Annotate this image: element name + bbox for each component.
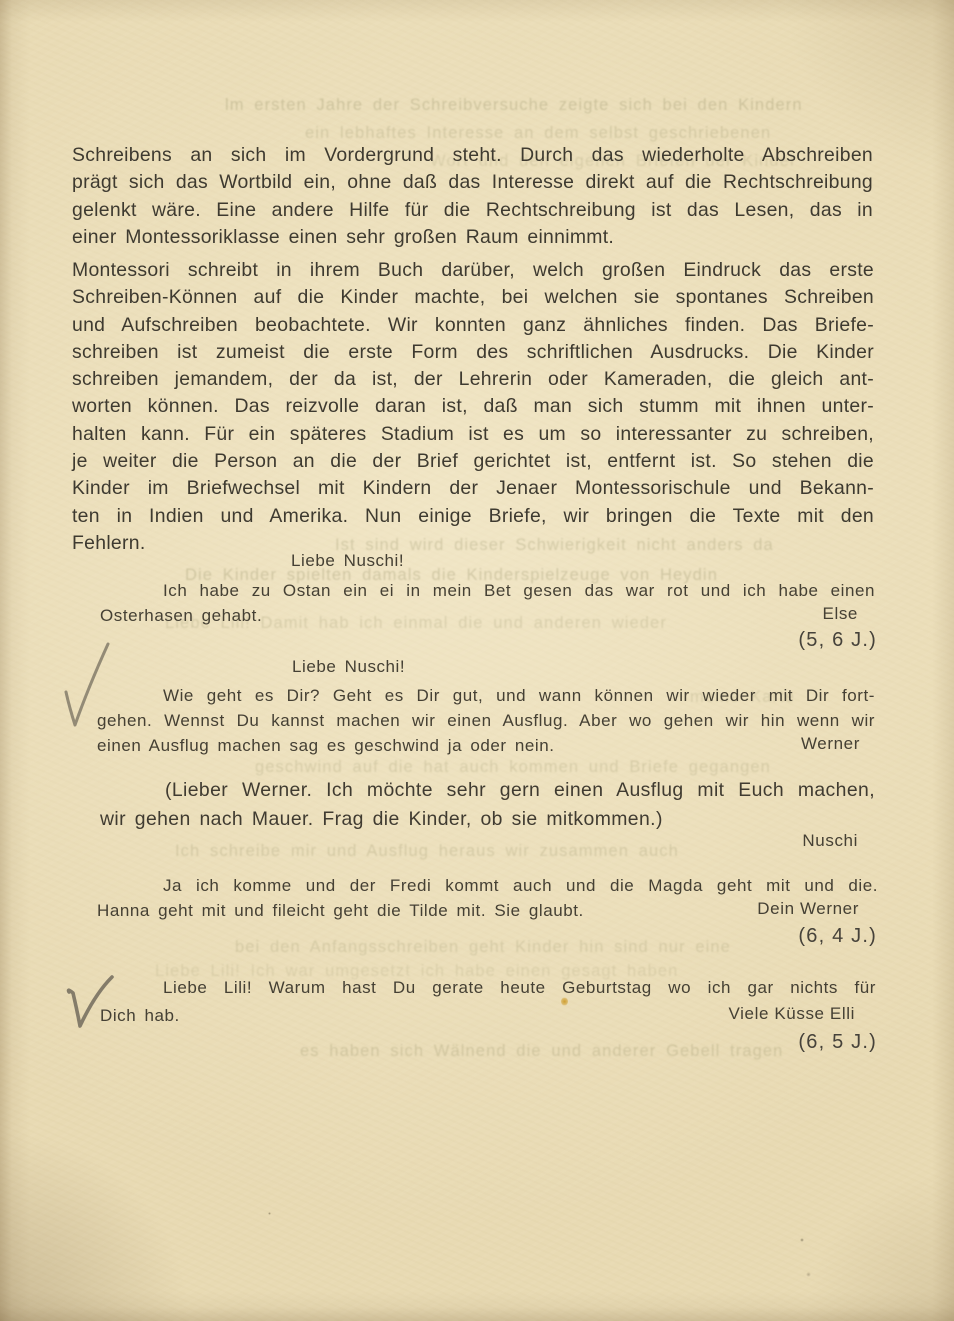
letter-salutation: Liebe Nuschi! [291,548,404,573]
age-annotation: (6, 5 J.) [798,1031,877,1054]
bleedthrough-text: Ich schreibe mir und Ausflug heraus wir … [175,842,679,861]
letter-body-line: Ich habe zu Ostan ein ei in mein Bet ges… [163,578,875,603]
age-annotation: (5, 6 J.) [798,629,877,652]
text-line: Schreibens an sich im Vordergrund steht.… [72,142,873,169]
text-line: worten können. Das reizvolle daran ist, … [72,393,874,420]
age-annotation: (6, 4 J.) [798,925,877,948]
letter-signature: Werner [801,734,860,754]
text-line: schreiben ist zumeist die erste Form des… [72,339,874,366]
text-line: ten in Indien und Amerika. Nun einige Br… [72,503,874,530]
bleedthrough-text: ein lebhaftes Interesse an dem selbst ge… [305,124,771,143]
bleedthrough-text: lm ersten Jahre der Schreibversuche zeig… [225,96,803,115]
letter-body-line: einen Ausflug machen sag es geschwind ja… [97,733,555,758]
intro-paragraph-2: Montessori schreibt in ihrem Buch darübe… [72,257,874,557]
letter-signature: Else [823,604,858,624]
text-line: einer Montessoriklasse einen sehr großen… [72,224,873,251]
pencil-checkmark-1 [52,636,122,736]
letter-body-line: Ja ich komme und der Fredi kommt auch un… [163,873,878,898]
letter-signature: Dein Werner [757,899,859,919]
paper-stain [561,997,568,1006]
intro-paragraph-1: Schreibens an sich im Vordergrund steht.… [72,142,873,251]
bleedthrough-text: es haben sich Wälnend die und anderer Ge… [300,1042,783,1061]
text-line: gelenkt wäre. Eine andere Hilfe für die … [72,197,873,224]
text-line: und Aufschreiben beobachtete. Wir konnte… [72,312,874,339]
paper-speck [806,1272,811,1277]
pencil-checkmark-2 [58,966,124,1046]
text-line: Fehlern. [72,530,874,557]
bleedthrough-text: bei den Anfangsschreiben geht Kinder hin… [235,938,731,957]
letter-body-line: Wie geht es Dir? Geht es Dir gut, und wa… [163,683,875,708]
text-line: Montessori schreibt in ihrem Buch darübe… [72,257,874,284]
text-line: schreiben jemandem, der da ist, der Lehr… [72,366,874,393]
paper-speck [268,1212,271,1215]
letter-body-line: Liebe Lili! Warum hast Du gerate heute G… [163,975,876,1000]
letter-signature: Viele Küsse Elli [729,1004,855,1024]
text-line: Schreiben-Können auf die Kinder machte, … [72,284,874,311]
text-line: prägt sich das Wortbild ein, ohne daß da… [72,169,873,196]
text-line: halten kann. Für ein späteres Stadium is… [72,421,874,448]
letter-salutation: Liebe Nuschi! [292,654,405,679]
letter-signature: Nuschi [802,831,858,851]
letter-body-line: Hanna geht mit und fileicht geht die Til… [97,898,584,923]
text-line: Kinder im Briefwechsel mit Kindern der J… [72,475,874,502]
bleedthrough-text: geschwind auf die hat auch kommen und Br… [255,758,771,777]
letter-body-line: gehen. Wennst Du kannst machen wir einen… [97,708,875,733]
text-line: je weiter die Person an die der Brief ge… [72,448,874,475]
paper-speck [800,1238,804,1242]
reply-body-line: (Lieber Werner. Ich möchte sehr gern ein… [165,776,875,804]
scanned-document-page: lm ersten Jahre der Schreibversuche zeig… [0,0,954,1321]
reply-body-line: wir gehen nach Mauer. Frag die Kinder, o… [100,805,663,833]
letter-body-line: Osterhasen gehabt. [100,603,262,628]
